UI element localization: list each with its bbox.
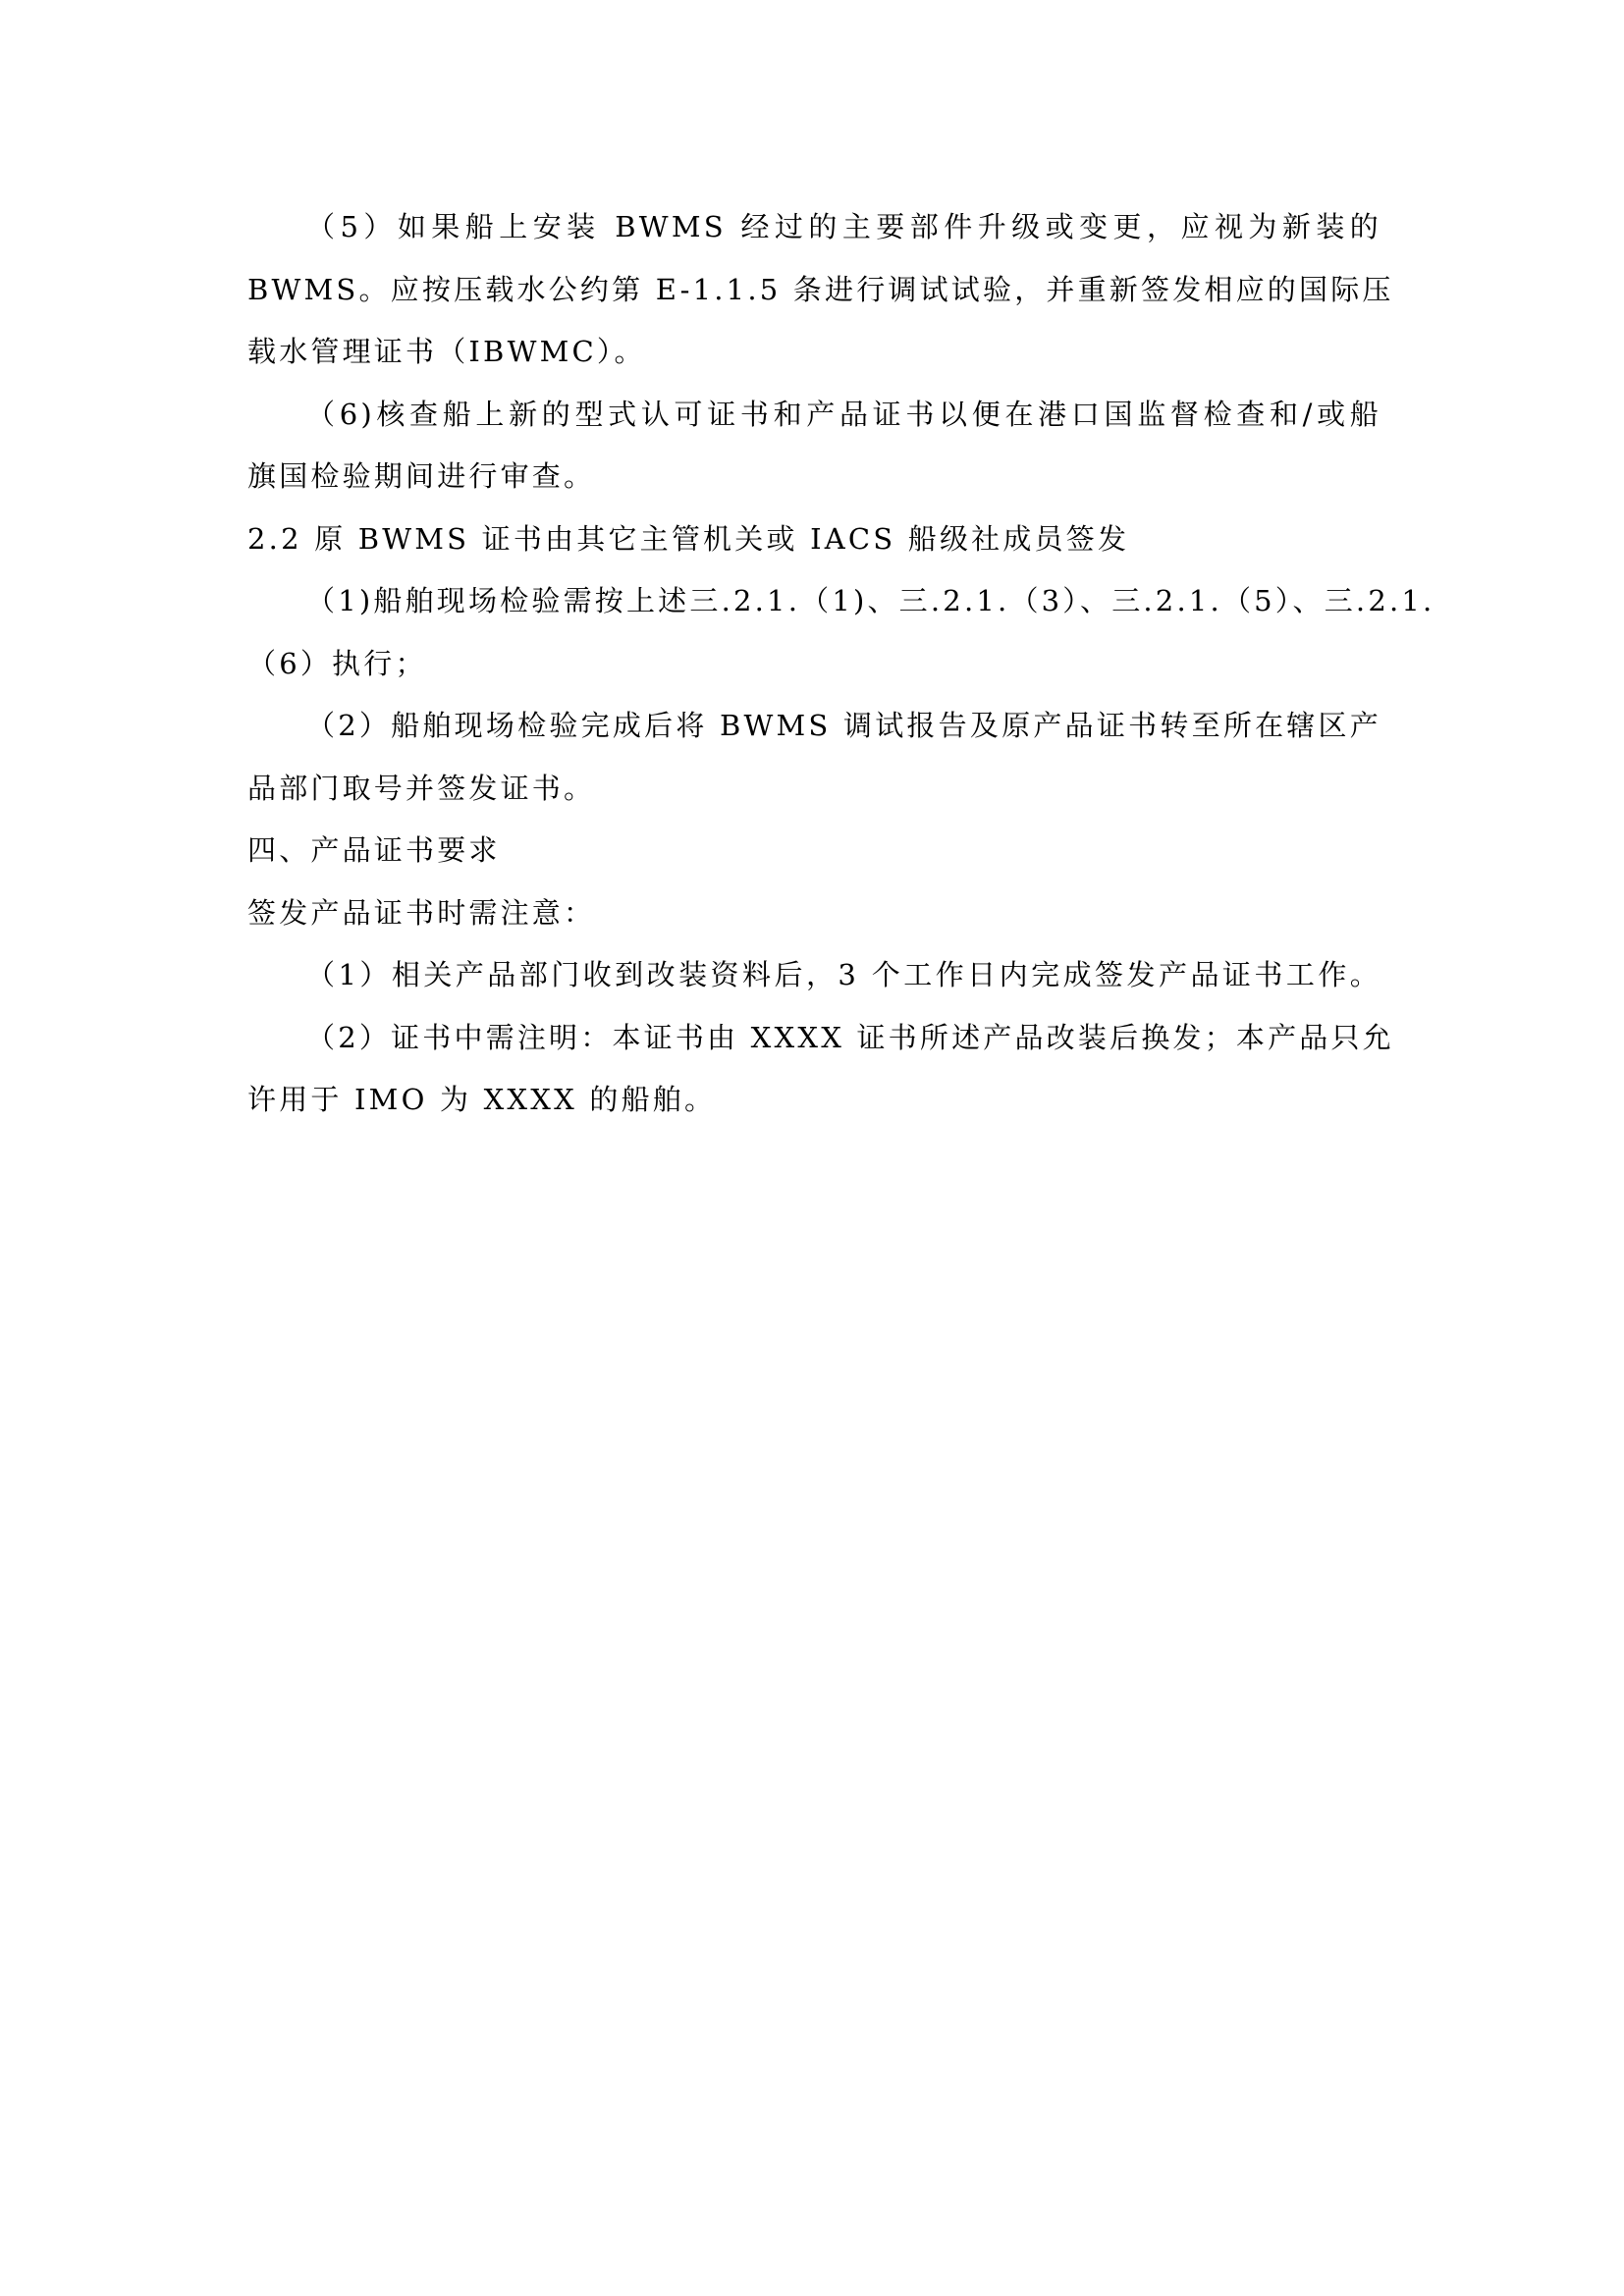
- paragraph-line: （6）执行；: [247, 633, 1381, 696]
- intro-line: 签发产品证书时需注意：: [247, 882, 1381, 945]
- section-heading: 四、产品证书要求: [247, 820, 1381, 882]
- paragraph-line: （1）相关产品部门收到改装资料后，3 个工作日内完成签发产品证书工作。: [247, 944, 1381, 1007]
- document-page: （5）如果船上安装 BWMS 经过的主要部件升级或变更，应视为新装的 BWMS。…: [247, 196, 1381, 1132]
- paragraph-line: （5）如果船上安装 BWMS 经过的主要部件升级或变更，应视为新装的: [247, 196, 1381, 259]
- paragraph-line: 旗国检验期间进行审查。: [247, 446, 1381, 508]
- paragraph-line: （2）船舶现场检验完成后将 BWMS 调试报告及原产品证书转至所在辖区产: [247, 695, 1381, 758]
- paragraph-line: BWMS。应按压载水公约第 E-1.1.5 条进行调试试验，并重新签发相应的国际…: [247, 259, 1381, 322]
- paragraph-line: 许用于 IMO 为 XXXX 的船舶。: [247, 1069, 1381, 1132]
- section-heading: 2.2 原 BWMS 证书由其它主管机关或 IACS 船级社成员签发: [247, 508, 1381, 571]
- paragraph-line: 品部门取号并签发证书。: [247, 758, 1381, 821]
- paragraph-line: （2）证书中需注明：本证书由 XXXX 证书所述产品改装后换发；本产品只允: [247, 1007, 1381, 1070]
- paragraph-line: （1)船舶现场检验需按上述三.2.1.（1)、三.2.1.（3）、三.2.1.（…: [247, 570, 1381, 633]
- paragraph-line: 载水管理证书（IBWMC）。: [247, 321, 1381, 384]
- paragraph-line: （6)核查船上新的型式认可证书和产品证书以便在港口国监督检查和/或船: [247, 384, 1381, 447]
